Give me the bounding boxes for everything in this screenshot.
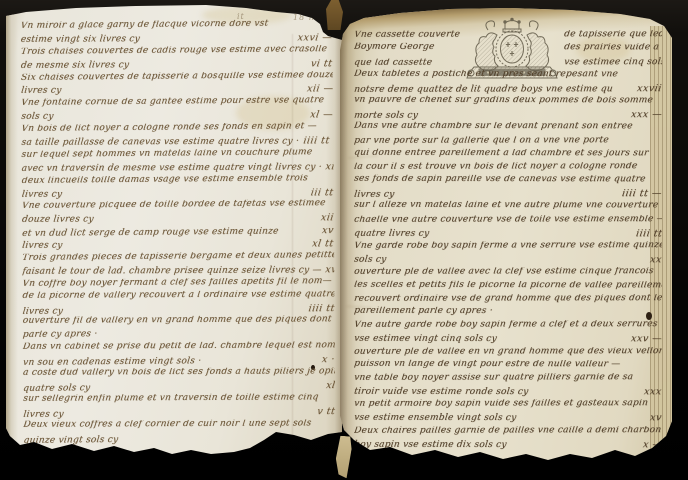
manuscript-line: par vne porte sur la gallerie que l on a… [354, 136, 662, 150]
manuscript-line: boy sapin vse estime dix sols cyx — [354, 438, 662, 452]
handwritten-text: Boymore George [354, 43, 465, 52]
manuscript-line: tiroir vuide vse estime ronde sols cyxxx [354, 386, 662, 400]
handwritten-text: ses fonds de sapin pareille vse de canev… [354, 175, 646, 185]
handwritten-text: recouvert ordinaire vse de grand homme q… [354, 294, 662, 304]
manuscript-line: vse estimee vingt cinq sols cyxxv — [354, 333, 662, 347]
handwritten-text: Dans vn cabinet se prise du petit de lad… [23, 342, 335, 353]
margin-amount: iiii tt — [298, 135, 333, 146]
handwritten-text: de mesme six livres cy [21, 61, 130, 71]
handwritten-text: livres cy [23, 410, 64, 419]
handwritten-text: notsre deme quattez de lit quadre boys v… [354, 85, 613, 95]
margin-amount: xii [316, 213, 334, 224]
handwritten-text: Vn bois de lict noyer a cologne ronde se… [21, 122, 317, 134]
handwritten-text: la cour il s est trouve vn bois de lict … [354, 162, 638, 172]
handwritten-text: Trois chaises couvertes de cadis rouge v… [21, 45, 328, 57]
handwritten-text: livres cy [22, 307, 63, 316]
handwritten-text: chaelle vne autre couverture vse de toil… [354, 215, 662, 225]
handwritten-text: vne table boy noyer assise sur quatre pi… [354, 373, 634, 383]
handwritten-text: Deux chaires pailles garnie de pailles v… [354, 426, 662, 436]
manuscript-line: avec vn traversin de mesme vse estime qu… [22, 161, 334, 175]
margin-amount: xii — [302, 84, 333, 95]
handwritten-text: faisant le tour de lad. chambre prisee q… [22, 266, 322, 276]
manuscript-line: pareillement parle cy apres · [354, 307, 662, 321]
handwritten-text: les scelles et petits fils le picorne la… [354, 280, 662, 290]
manuscript-line: estime vingt six livres cyxxvi — [21, 32, 333, 46]
left-page-text-block: Vn miroir a glace garny de flacque vicor… [21, 19, 336, 447]
handwritten-text: ouverture ple de vallee avec la clef vse… [354, 267, 654, 277]
handwritten-text: Vne cassette couverte [354, 30, 465, 39]
handwritten-text: vse estime ensemble vingt sols cy [354, 414, 517, 423]
handwritten-text: par vne porte sur la gallerie que l on a… [354, 136, 609, 146]
handwritten-text: vse estimee vingt cinq sols cy [354, 335, 497, 344]
handwritten-text: puisson vn lange de vingt pour estre de … [354, 359, 621, 369]
manuscript-line: puisson vn lange de vingt pour estre de … [354, 359, 662, 373]
binding-tab-top [326, 0, 343, 30]
margin-amount: xvi tt [321, 264, 335, 275]
manuscript-line: la cour il s est trouve vn bois de lict … [354, 162, 662, 176]
margin-amount: v tt [312, 406, 335, 417]
binding-tab-bottom [335, 436, 353, 479]
manuscript-line: de la picorne de vallery recouvert a l o… [22, 290, 334, 304]
margin-amount: xv [645, 413, 662, 424]
handwritten-text: sols cy [21, 113, 54, 122]
manuscript-line: quinze vingt sols cyxx [23, 431, 335, 447]
manuscript-right-page: Vne cassette couvertede tapisserie que l… [340, 6, 672, 468]
manuscript-line: notsre deme quattez de lit quadre boys v… [354, 83, 662, 97]
left-page-deckle-edge [6, 4, 18, 456]
manuscript-left-page: it18 m Vn miroir a glace garny de flacqu… [6, 4, 342, 456]
margin-amount: xxvi — [293, 32, 333, 43]
margin-amount: iii tt [306, 187, 334, 198]
manuscript-line: sur l alleze vn matelas laine et vne aut… [354, 201, 662, 215]
handwritten-text: livres cy [22, 190, 63, 199]
handwritten-text: qui donne entree pareillement a lad cham… [354, 148, 649, 158]
handwritten-text: quinze vingt sols cy [23, 435, 118, 445]
handwritten-text: parle cy apres · [23, 331, 98, 341]
manuscript-line: recouvert ordinaire vse de grand homme q… [354, 294, 662, 308]
handwritten-text: morte sols cy [354, 112, 418, 121]
handwritten-text: douze livres cy [22, 216, 94, 225]
handwritten-text: sur sellegrin enfin plume et vn traversi… [23, 393, 319, 403]
margin-amount: x · [317, 354, 335, 365]
handwritten-text: de tapisserie que led sieur [563, 30, 662, 39]
handwritten-text: Vn coffre boy noyer fermant a clef ses f… [22, 277, 332, 289]
handwritten-text: sols cy [354, 256, 387, 265]
manuscript-line: ses fonds de sapin pareille vse de canev… [354, 175, 662, 189]
handwritten-text: pareillement parle cy apres · [354, 307, 493, 316]
margin-amount: x — [638, 439, 662, 450]
handwritten-text: que lad cassette [354, 59, 465, 68]
manuscript-line: chaelle vne autre couverture vse de toil… [354, 215, 662, 229]
margin-amount: xx [645, 254, 662, 265]
handwritten-text: vse estimee cinq sols [563, 58, 662, 67]
margin-amount: xxvii [632, 83, 662, 94]
margin-amount: xl tt [308, 238, 334, 249]
handwritten-text: livres cy [22, 242, 63, 251]
margin-amount: xv [317, 225, 334, 236]
handwritten-text: ouverture fil de vallery en vn grand hom… [23, 316, 335, 327]
handwritten-text: et vn dud lict serge de camp rouge vse e… [22, 228, 279, 239]
manuscript-line: les scelles et petits fils le picorne la… [354, 280, 662, 294]
manuscript-line: Deux tabletes a postiche et vn pres sean… [354, 69, 662, 83]
handwritten-text: sur l alleze vn matelas laine et vne aut… [354, 201, 659, 211]
manuscript-line: vse estime ensemble vingt sols cyxv [354, 412, 662, 426]
manuscript-line: sols cyxx [354, 254, 662, 268]
handwritten-text: ouverture ple de vallee en vn grand homm… [354, 347, 662, 357]
handwritten-text: Trois grandes pieces de tapisserie berga… [22, 251, 334, 263]
handwritten-text: Vn miroir a glace garny de flacque vicor… [21, 20, 269, 31]
manuscript-line: quatre livres cyiiii tt [354, 227, 662, 241]
manuscript-line: Deux chaires pailles garnie de pailles v… [354, 426, 662, 440]
margin-amount: xxv — [626, 334, 662, 345]
manuscript-line: vn pauvre de chenet sur gradins deux pom… [354, 96, 662, 110]
handwritten-text: sur lequel sept hommes vn matelas laine … [21, 148, 312, 160]
manuscript-line: sur sellegrin enfin plume et vn traversi… [23, 393, 335, 407]
handwritten-text: estime vingt six livres cy [21, 35, 141, 45]
handwritten-text: vn pauvre de chenet sur gradins deux pom… [354, 96, 654, 106]
handwritten-text: Vne fontaine cornue de sa gantee estime … [21, 96, 324, 108]
manuscript-line: Boymore Georgedes prairies vuide a luy [354, 43, 662, 57]
handwritten-text: a coste dud vallery vn bois de lict ses … [23, 367, 335, 378]
margin-amount: xx [319, 431, 336, 442]
manuscript-line: de mesme six livres cyvi tt [21, 58, 333, 72]
margin-amount: xl [321, 380, 335, 391]
handwritten-text: Dans vne autre chambre sur le devant pre… [354, 122, 633, 132]
right-page-text-block: Vne cassette couvertede tapisserie que l… [354, 30, 662, 452]
handwritten-text: Deux tabletes a postiche et vn pres sean… [354, 69, 618, 79]
handwritten-text: Vne autre garde robe boy sapin ferme a c… [354, 320, 658, 330]
handwritten-text: Vne couverture picquee de toille bordee … [22, 200, 326, 212]
margin-amount: xxx [640, 386, 662, 397]
manuscript-line: qui donne entree pareillement a lad cham… [354, 148, 662, 162]
handwritten-text: vn petit armoire boy sapin vuide ses fai… [354, 399, 649, 409]
archive-scan-background: it18 m Vn miroir a glace garny de flacqu… [0, 0, 688, 480]
manuscript-line: ouverture ple de vallee avec la clef vse… [354, 267, 662, 281]
margin-amount: iiii tt — [617, 188, 662, 199]
margin-amount: xxx — [626, 109, 662, 120]
manuscript-line: Dans vne autre chambre sur le devant pre… [354, 122, 662, 136]
handwritten-text: boy sapin vse estime dix sols cy [354, 440, 507, 449]
margin-amount: vi tt [306, 58, 332, 69]
handwritten-text: sa taille paillasse de canevas vse estim… [21, 137, 299, 147]
handwritten-text: quatre sols cy [23, 384, 91, 394]
handwritten-text: Vne garde robe boy sapin ferme a vne ser… [354, 241, 662, 251]
manuscript-line: que lad cassettevse estimee cinq solsl t… [354, 56, 662, 70]
handwritten-text: de la picorne de vallery recouvert a l o… [22, 290, 334, 301]
manuscript-line: ouverture ple de vallee en vn grand homm… [354, 347, 662, 361]
margin-amount: xl — [305, 109, 333, 120]
handwritten-text: tiroir vuide vse estime ronde sols cy [354, 388, 529, 397]
handwritten-text: livres cy [354, 191, 395, 200]
handwritten-text: livres cy [21, 87, 62, 96]
handwritten-text: quatre livres cy [354, 229, 430, 238]
margin-amount: xiii [321, 161, 334, 172]
handwritten-text: des prairies vuide a luy [563, 43, 662, 52]
handwritten-text: deux lincueils toille damas vsage vse es… [22, 174, 309, 186]
handwritten-text: avec vn traversin de mesme vse estime qu… [22, 163, 323, 173]
margin-amount: iiii tt [303, 303, 334, 314]
manuscript-line: Deux vieux coffres a clef cornier de cui… [23, 419, 335, 433]
manuscript-line: vne table boy noyer assise sur quatre pi… [354, 373, 662, 387]
handwritten-text: Deux vieux coffres a clef cornier de cui… [23, 419, 311, 429]
handwritten-text: vn sou en cadenas estime vingt sols · [23, 357, 202, 368]
margin-amount: iiii tt [631, 228, 662, 239]
